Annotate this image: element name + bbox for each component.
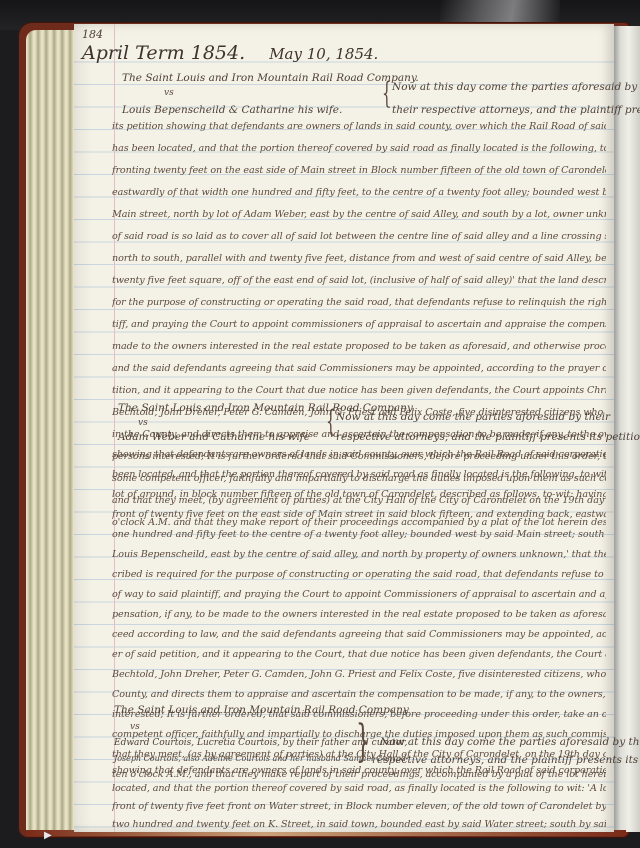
versus-label: vs (138, 418, 148, 428)
plaintiff-caption: The Saint Louis and Iron Mountain Rail R… (114, 704, 409, 716)
text-line: tition, and it appearing to the Court th… (112, 380, 606, 403)
text-line: twenty five feet square, off of the east… (112, 270, 606, 293)
plaintiff-caption: The Saint Louis and Iron Mountain Rail R… (122, 72, 419, 84)
text-line: made to the owners interested in the rea… (112, 336, 606, 359)
text-line: fronting twenty feet on the east side of… (112, 160, 606, 183)
opening-line-2: respective attorneys, and the plaintiff … (336, 431, 640, 443)
opening-line-2: their respective attorneys, and the plai… (392, 104, 640, 116)
brace: { (326, 404, 336, 439)
page-edges (26, 30, 78, 836)
text-line: two hundred and twenty feet on K. Street… (112, 814, 606, 837)
text-line: for the purpose of constructing or opera… (112, 292, 606, 315)
text-line: persons interested; It is further ordere… (112, 446, 606, 469)
versus-label: vs (164, 88, 174, 98)
text-line: o'clock A.M. and that they make report o… (112, 512, 606, 535)
text-line: eastwardly of that width one hundred and… (112, 182, 606, 205)
light-glare (440, 0, 560, 24)
brace: { (382, 76, 392, 111)
text-line: of said road is so laid as to cover all … (112, 226, 606, 249)
opening-line-1: Now at this day come the parties aforesa… (392, 81, 637, 93)
text-line: Main street, north by lot of Adam Weber,… (112, 204, 606, 227)
entry-date: May 10, 1854. (269, 45, 378, 63)
ledger-page: 184 April Term 1854. May 10, 1854. The S… (74, 24, 614, 832)
term-label: April Term 1854. (82, 42, 245, 64)
defendant-caption: Adam Weber and Catharine his wife (118, 431, 310, 443)
defendant-caption: Louis Bepenscheild & Catharine his wife. (122, 104, 342, 116)
opening-line-1: Now at this day come the parties aforesa… (380, 736, 640, 748)
text-line: its petition showing that defendants are… (112, 116, 606, 139)
text-line: has been located, and that the portion t… (112, 138, 606, 161)
term-heading: April Term 1854. May 10, 1854. (82, 42, 396, 64)
versus-label: vs (130, 722, 140, 732)
next-page-edge (612, 26, 640, 832)
play-arrow-icon: ▶ (44, 830, 52, 841)
page-number: 184 (82, 28, 103, 41)
text-line: tiff, and praying the Court to appoint c… (112, 314, 606, 337)
text-line: some competent officer, faithfully and i… (112, 468, 606, 491)
opening-line-1: Now at this day come the parties aforesa… (336, 411, 610, 423)
text-line: north to south, parallel with and twenty… (112, 248, 606, 271)
text-line: and the said defendants agreeing that sa… (112, 358, 606, 381)
text-line: and that they meet, (by agreement of par… (112, 490, 606, 513)
